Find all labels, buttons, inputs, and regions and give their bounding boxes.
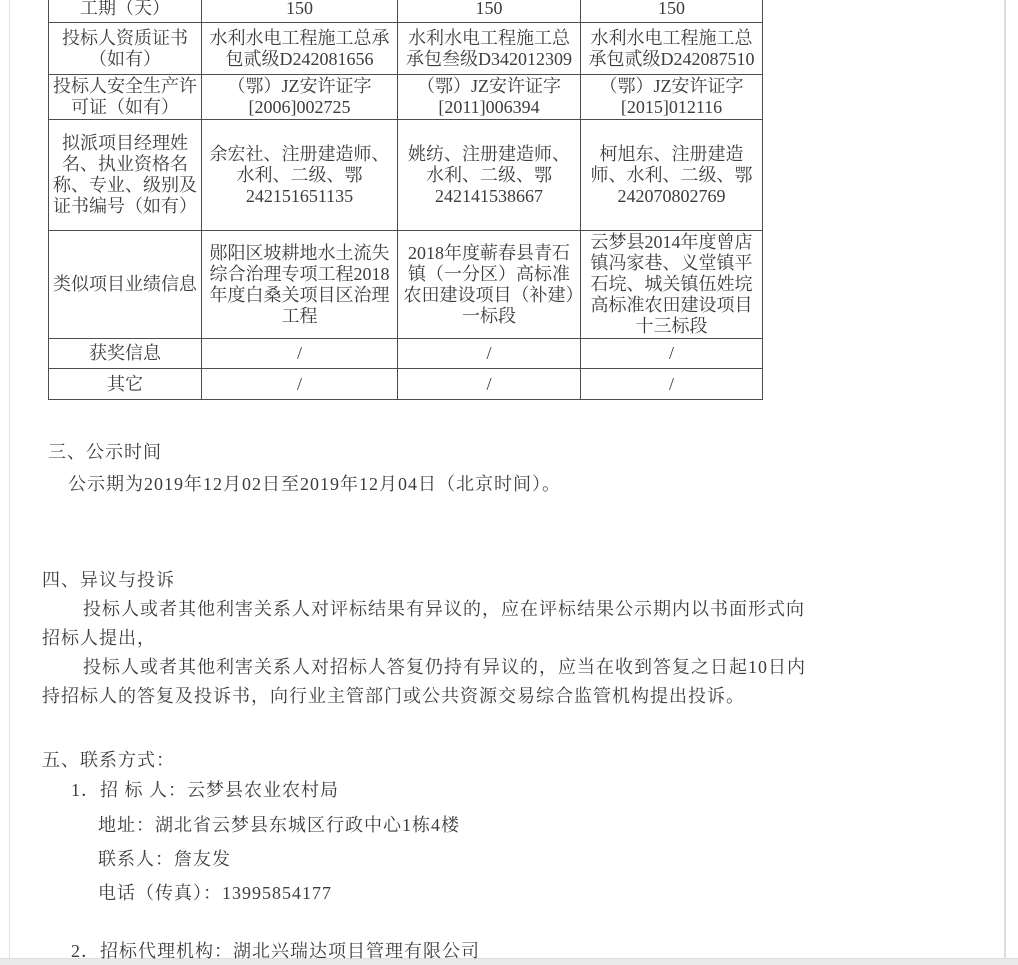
row-cell: 2018年度蕲春县青石镇（一分区）高标准农田建设项目（补建）一标段	[398, 231, 581, 339]
table-row-duration: 工期（天） 150 150 150	[49, 0, 763, 23]
section-heading-objection: 四、异议与投诉	[42, 569, 175, 591]
contact-person-line: 联系人：詹友发	[98, 848, 231, 870]
row-label: 其它	[49, 369, 202, 400]
row-label: 工期（天）	[49, 0, 202, 23]
table-row-awards: 获奖信息 / / /	[49, 339, 763, 369]
row-cell: 150	[581, 0, 763, 23]
row-cell: /	[202, 339, 398, 369]
table-row-project-manager: 拟派项目经理姓名、执业资格名称、专业、级别及证书编号（如有） 余宏社、注册建造师…	[49, 120, 763, 231]
row-cell: /	[202, 369, 398, 400]
row-label: 获奖信息	[49, 339, 202, 369]
row-cell: 150	[202, 0, 398, 23]
row-cell: 150	[398, 0, 581, 23]
row-cell: 云梦县2014年度曾店镇冯家巷、义堂镇平石垸、城关镇伍姓垸高标准农田建设项目十三…	[581, 231, 763, 339]
row-cell: 水利水电工程施工总承包叁级D342012309	[398, 23, 581, 75]
section-heading-publicity-time: 三、公示时间	[48, 441, 162, 463]
contact-phone-line: 电话（传真）：13995854177	[98, 882, 332, 904]
row-cell: 水利水电工程施工总承包贰级D242087510	[581, 23, 763, 75]
table-row-similar-projects: 类似项目业绩信息 郧阳区坡耕地水土流失综合治理专项工程2018年度白桑关项目区治…	[49, 231, 763, 339]
contact-address-line: 地址：湖北省云梦县东城区行政中心1栋4楼	[98, 814, 460, 836]
row-cell: /	[398, 369, 581, 400]
bid-table-container: 工期（天） 150 150 150 投标人资质证书（如有） 水利水电工程施工总承…	[48, 0, 763, 400]
row-cell: （鄂）JZ安许证字[2011]006394	[398, 75, 581, 120]
row-cell: 姚纺、注册建造师、水利、二级、鄂242141538667	[398, 120, 581, 231]
objection-paragraph-1: 投标人或者其他利害关系人对评标结果有异议的，应在评标结果公示期内以书面形式向招标…	[42, 595, 812, 653]
bid-result-table: 工期（天） 150 150 150 投标人资质证书（如有） 水利水电工程施工总承…	[48, 0, 763, 400]
row-label: 投标人安全生产许可证（如有）	[49, 75, 202, 120]
table-row-other: 其它 / / /	[49, 369, 763, 400]
contact-tenderer-line: 1．招 标 人：云梦县农业农村局	[71, 779, 339, 801]
objection-paragraphs: 投标人或者其他利害关系人对评标结果有异议的，应在评标结果公示期内以书面形式向招标…	[42, 595, 812, 711]
row-label: 拟派项目经理姓名、执业资格名称、专业、级别及证书编号（如有）	[49, 120, 202, 231]
table-row-qualification: 投标人资质证书（如有） 水利水电工程施工总承包贰级D242081656 水利水电…	[49, 23, 763, 75]
row-cell: 郧阳区坡耕地水土流失综合治理专项工程2018年度白桑关项目区治理工程	[202, 231, 398, 339]
document-page: 工期（天） 150 150 150 投标人资质证书（如有） 水利水电工程施工总承…	[0, 0, 1018, 965]
right-page-border	[1004, 0, 1006, 958]
table-row-safety-license: 投标人安全生产许可证（如有） （鄂）JZ安许证字[2006]002725 （鄂）…	[49, 75, 763, 120]
row-cell: /	[581, 339, 763, 369]
row-cell: （鄂）JZ安许证字[2006]002725	[202, 75, 398, 120]
contact-agency-line: 2．招标代理机构：湖北兴瑞达项目管理有限公司	[71, 940, 480, 962]
publicity-period-text: 公示期为2019年12月02日至2019年12月04日（北京时间）。	[48, 473, 561, 495]
row-cell: /	[398, 339, 581, 369]
row-cell: 余宏社、注册建造师、水利、二级、鄂242151651135	[202, 120, 398, 231]
row-label: 类似项目业绩信息	[49, 231, 202, 339]
row-cell: 柯旭东、注册建造师、水利、二级、鄂242070802769	[581, 120, 763, 231]
row-cell: （鄂）JZ安许证字[2015]012116	[581, 75, 763, 120]
row-label: 投标人资质证书（如有）	[49, 23, 202, 75]
left-page-border	[9, 0, 10, 958]
row-cell: /	[581, 369, 763, 400]
section-heading-contact: 五、联系方式：	[42, 749, 175, 771]
row-cell: 水利水电工程施工总承包贰级D242081656	[202, 23, 398, 75]
objection-paragraph-2: 投标人或者其他利害关系人对招标人答复仍持有异议的，应当在收到答复之日起10日内持…	[42, 653, 812, 711]
